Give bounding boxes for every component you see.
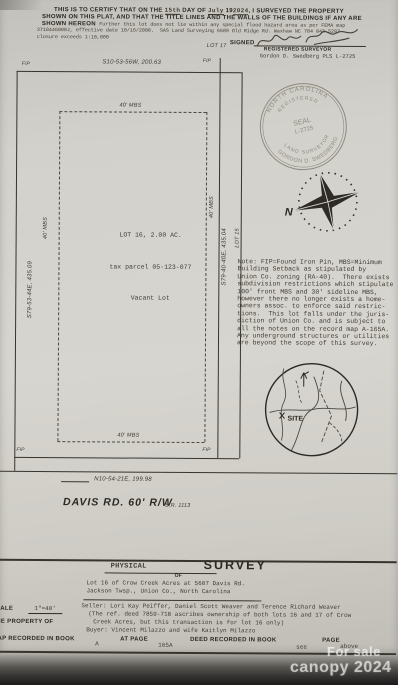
site-label: SITE	[288, 416, 304, 423]
property-description-line2: Jackson Twsp., Union Co., North Carolina	[86, 588, 230, 596]
survey-type-underline	[105, 572, 217, 574]
cert-line1a: THIS IS TO CERTIFY THAT ON THE	[54, 7, 163, 14]
tax-parcel-line: tax parcel 05-123-077	[85, 262, 215, 273]
watermark-for-sale: For sale	[327, 644, 381, 659]
setback-label-west: 40' MBS	[43, 217, 49, 239]
survey-notes: Note: FIP=Found Iron Pin, MBS=Minimum Bu…	[237, 258, 394, 348]
road-name-label: DAVIS RD. 60' R/W	[63, 496, 173, 509]
vacant-lot-line: Vacant Lot	[85, 293, 215, 304]
cert-line1b: DAY OF	[182, 8, 206, 14]
surveyor-name-line: Gordon D. Swedberg PLS L-2725	[260, 53, 356, 60]
signed-label: SIGNED	[230, 40, 255, 47]
fip-marker-bottom-left: FIP	[16, 448, 24, 454]
scale-value: 1"=40'	[28, 606, 62, 614]
certification-typed-line3: closure exceeds 1:10,000	[37, 35, 109, 41]
bearing-south-line: N10-54-21E, 199.98	[94, 476, 152, 483]
titleblock-top-rule	[0, 559, 397, 563]
road-number-label: S.R. 1113	[165, 503, 190, 509]
description-underline	[83, 599, 261, 601]
vicinity-map: SITE	[259, 360, 364, 459]
cert-day-value: 15th	[165, 7, 181, 15]
setback-line-west	[57, 111, 60, 441]
map-page-value: 165A	[158, 643, 172, 650]
setback-label-south: 40' MBS	[117, 433, 139, 439]
cert-line1c: 19	[226, 8, 233, 14]
north-arrow-compass: N	[284, 168, 368, 241]
fip-marker-bottom-right: FIP	[202, 448, 210, 454]
survey-of-label: OF	[175, 574, 183, 580]
survey-title: SURVEY	[204, 558, 267, 573]
deed-book-value: see	[296, 645, 307, 652]
boundary-line-south	[14, 457, 239, 459]
cert-line1d: , I SURVEYED THE PROPERTY	[248, 8, 343, 15]
bearing-east-line: S79-40-40E, 435.04	[221, 228, 228, 285]
watermark-canopy: canopy 2024	[290, 659, 392, 677]
boundary-line-west	[14, 71, 17, 471]
lot-description: LOT 16, 2.00 AC. tax parcel 05-123-077 V…	[85, 209, 216, 325]
seal-arc-top-inner: REGISTERED	[275, 91, 321, 114]
bearing-west-line: S79-53-44E, 435.09	[27, 261, 34, 318]
road-edge-line	[0, 471, 397, 474]
bearing-north-line: S10-53-56W, 200.63	[72, 59, 192, 67]
setback-line-south	[57, 441, 204, 443]
surveyor-seal-stamp: NORTH CAROLINA REGISTERED SEAL L-2725 LA…	[251, 80, 356, 173]
lot-area-line: LOT 16, 2.00 AC.	[86, 230, 216, 241]
at-page-label: AT PAGE	[120, 637, 148, 644]
map-book-value: A	[95, 641, 99, 648]
scale-label: SCALE	[0, 606, 13, 613]
adjoining-lot-label-top: LOT 17	[207, 43, 227, 49]
survey-plat-photo: THIS IS TO CERTIFY THAT ON THE 15th DAY …	[0, 0, 398, 685]
property-of-label: THE PROPERTY OF	[0, 619, 53, 626]
deed-recorded-label: DEED RECORDED IN BOOK	[190, 637, 276, 644]
fip-marker-top-right: FIP	[203, 59, 211, 65]
svg-text:REGISTERED: REGISTERED	[275, 91, 321, 114]
cert-month-value: July	[208, 7, 224, 15]
adjoining-lot-label-right: LOT 15	[235, 228, 241, 248]
boundary-line-north	[17, 71, 242, 73]
setback-label-north: 40' MBS	[119, 103, 141, 109]
bearing-arrow-line	[61, 481, 89, 482]
fip-marker-top-left: FIP	[22, 62, 30, 68]
cert-year-value: 2024	[233, 7, 249, 15]
north-label: N	[285, 207, 294, 219]
buyer-line: Buyer: Vincent Milazzo and wife Kaitlyn …	[86, 627, 255, 635]
boundary-line-east	[217, 58, 220, 458]
survey-type-typed: PHYSICAL	[111, 562, 147, 570]
setback-line-north	[59, 111, 206, 113]
map-recorded-label: MAP RECORDED IN BOOK	[0, 636, 75, 643]
